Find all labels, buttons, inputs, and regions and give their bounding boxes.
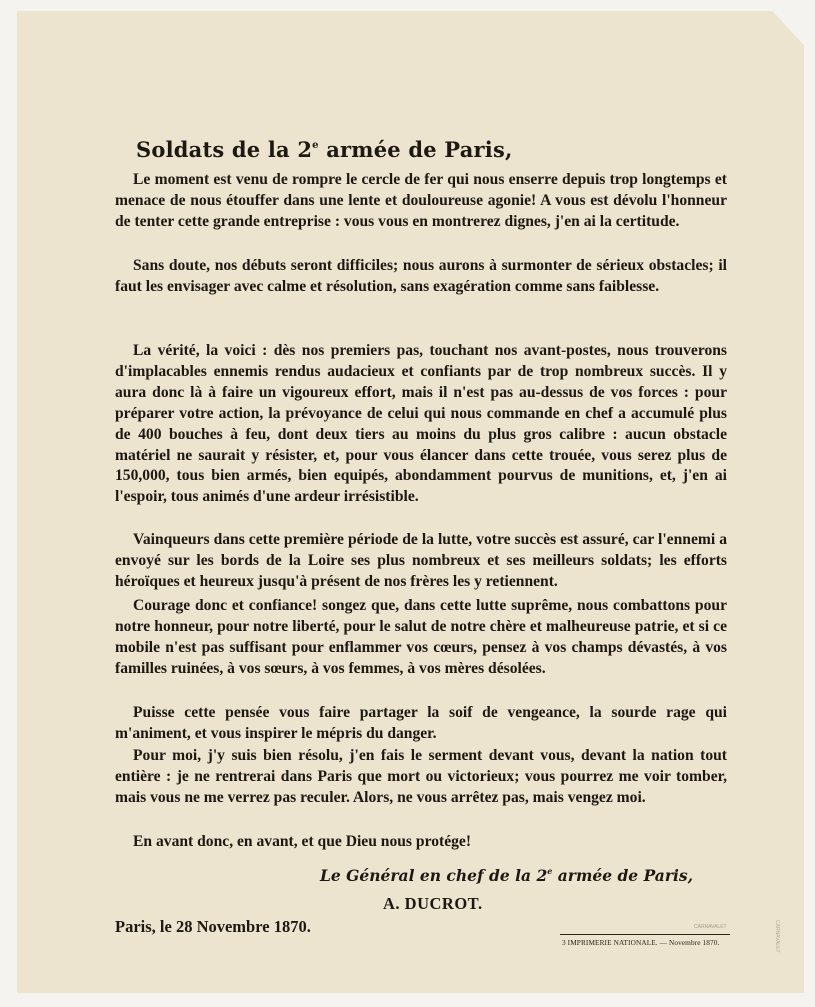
date-line: Paris, le 28 Novembre 1870. xyxy=(115,917,311,937)
signature-title: Le Général en chef de la 2e armée de Par… xyxy=(320,866,693,885)
paragraph-5: Courage donc et confiance! songez que, d… xyxy=(115,596,727,680)
proclamation-title: Soldats de la 2e armée de Paris, xyxy=(136,137,513,162)
paragraph-7: Pour moi, j'y suis bien résolu, j'en fai… xyxy=(115,746,727,809)
paragraph-1: Le moment est venu de rompre le cercle d… xyxy=(115,170,727,233)
paragraph-2: Sans doute, nos débuts seront difficiles… xyxy=(115,256,727,298)
margin-stamp: CARNAVALET xyxy=(774,920,780,953)
archive-stamp: CARNAVALET xyxy=(694,924,727,930)
paragraph-6: Puisse cette pensée vous faire partager … xyxy=(115,703,727,745)
signature-name: A. DUCROT. xyxy=(383,894,483,914)
paragraph-3: La vérité, la voici : dès nos premiers p… xyxy=(115,341,727,508)
imprint-divider xyxy=(560,934,730,935)
imprint-line: 3 IMPRIMERIE NATIONALE. — Novembre 1870. xyxy=(562,938,719,947)
paragraph-8: En avant donc, en avant, et que Dieu nou… xyxy=(115,832,727,853)
paragraph-4: Vainqueurs dans cette première période d… xyxy=(115,530,727,593)
